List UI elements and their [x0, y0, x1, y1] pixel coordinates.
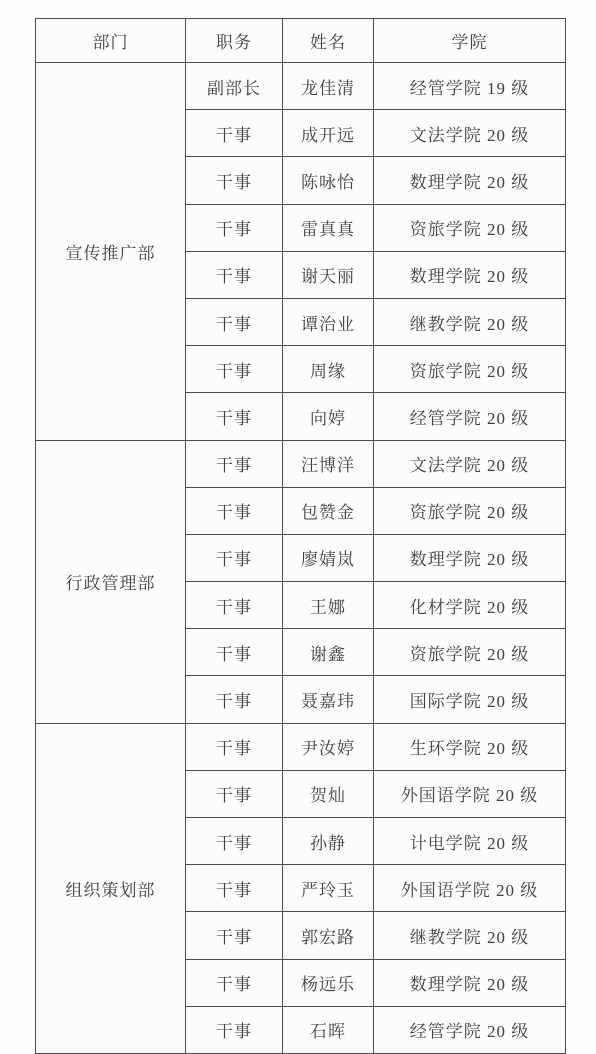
name-cell: 陈咏怡 [283, 157, 374, 204]
name-cell: 谭治业 [283, 298, 374, 345]
position-cell: 干事 [186, 582, 283, 629]
college-cell: 资旅学院 20 级 [374, 487, 566, 534]
college-cell: 生环学院 20 级 [374, 723, 566, 770]
college-cell: 国际学院 20 级 [374, 676, 566, 723]
name-cell: 成开远 [283, 110, 374, 157]
name-cell: 杨远乐 [283, 959, 374, 1006]
table-row: 组织策划部干事尹汝婷生环学院 20 级 [36, 723, 566, 770]
college-cell: 资旅学院 20 级 [374, 346, 566, 393]
col-header-position: 职务 [186, 19, 283, 63]
name-cell: 汪博洋 [283, 440, 374, 487]
name-cell: 周缘 [283, 346, 374, 393]
college-cell: 数理学院 20 级 [374, 251, 566, 298]
college-cell: 化材学院 20 级 [374, 582, 566, 629]
header-row: 部门 职务 姓名 学院 [36, 19, 566, 63]
roster-table: 部门 职务 姓名 学院 宣传推广部副部长龙佳清经管学院 19 级干事成开远文法学… [35, 18, 566, 1054]
name-cell: 向婷 [283, 393, 374, 440]
table-row: 宣传推广部副部长龙佳清经管学院 19 级 [36, 63, 566, 110]
name-cell: 包赞金 [283, 487, 374, 534]
position-cell: 干事 [186, 204, 283, 251]
position-cell: 干事 [186, 818, 283, 865]
col-header-name: 姓名 [283, 19, 374, 63]
position-cell: 干事 [186, 346, 283, 393]
college-cell: 数理学院 20 级 [374, 534, 566, 581]
college-cell: 经管学院 20 级 [374, 393, 566, 440]
college-cell: 计电学院 20 级 [374, 818, 566, 865]
name-cell: 廖婧岚 [283, 534, 374, 581]
position-cell: 干事 [186, 959, 283, 1006]
name-cell: 谢天丽 [283, 251, 374, 298]
department-cell: 行政管理部 [36, 440, 186, 723]
position-cell: 干事 [186, 298, 283, 345]
position-cell: 干事 [186, 487, 283, 534]
position-cell: 副部长 [186, 63, 283, 110]
name-cell: 王娜 [283, 582, 374, 629]
college-cell: 资旅学院 20 级 [374, 204, 566, 251]
position-cell: 干事 [186, 534, 283, 581]
position-cell: 干事 [186, 723, 283, 770]
position-cell: 干事 [186, 770, 283, 817]
name-cell: 龙佳清 [283, 63, 374, 110]
position-cell: 干事 [186, 912, 283, 959]
position-cell: 干事 [186, 393, 283, 440]
college-cell: 文法学院 20 级 [374, 110, 566, 157]
position-cell: 干事 [186, 440, 283, 487]
college-cell: 数理学院 20 级 [374, 959, 566, 1006]
name-cell: 尹汝婷 [283, 723, 374, 770]
college-cell: 经管学院 19 级 [374, 63, 566, 110]
name-cell: 贺灿 [283, 770, 374, 817]
position-cell: 干事 [186, 629, 283, 676]
name-cell: 雷真真 [283, 204, 374, 251]
name-cell: 严玲玉 [283, 865, 374, 912]
college-cell: 外国语学院 20 级 [374, 770, 566, 817]
college-cell: 数理学院 20 级 [374, 157, 566, 204]
college-cell: 继教学院 20 级 [374, 912, 566, 959]
table-row: 行政管理部干事汪博洋文法学院 20 级 [36, 440, 566, 487]
position-cell: 干事 [186, 865, 283, 912]
department-cell: 宣传推广部 [36, 63, 186, 441]
department-cell: 组织策划部 [36, 723, 186, 1053]
position-cell: 干事 [186, 676, 283, 723]
name-cell: 孙静 [283, 818, 374, 865]
position-cell: 干事 [186, 110, 283, 157]
roster-body: 宣传推广部副部长龙佳清经管学院 19 级干事成开远文法学院 20 级干事陈咏怡数… [36, 63, 566, 1054]
document-page: 部门 职务 姓名 学院 宣传推广部副部长龙佳清经管学院 19 级干事成开远文法学… [0, 0, 596, 1052]
position-cell: 干事 [186, 1006, 283, 1053]
name-cell: 石晖 [283, 1006, 374, 1053]
college-cell: 外国语学院 20 级 [374, 865, 566, 912]
col-header-department: 部门 [36, 19, 186, 63]
position-cell: 干事 [186, 251, 283, 298]
college-cell: 经管学院 20 级 [374, 1006, 566, 1053]
name-cell: 郭宏路 [283, 912, 374, 959]
college-cell: 继教学院 20 级 [374, 298, 566, 345]
college-cell: 文法学院 20 级 [374, 440, 566, 487]
college-cell: 资旅学院 20 级 [374, 629, 566, 676]
name-cell: 谢鑫 [283, 629, 374, 676]
name-cell: 聂嘉玮 [283, 676, 374, 723]
col-header-college: 学院 [374, 19, 566, 63]
position-cell: 干事 [186, 157, 283, 204]
